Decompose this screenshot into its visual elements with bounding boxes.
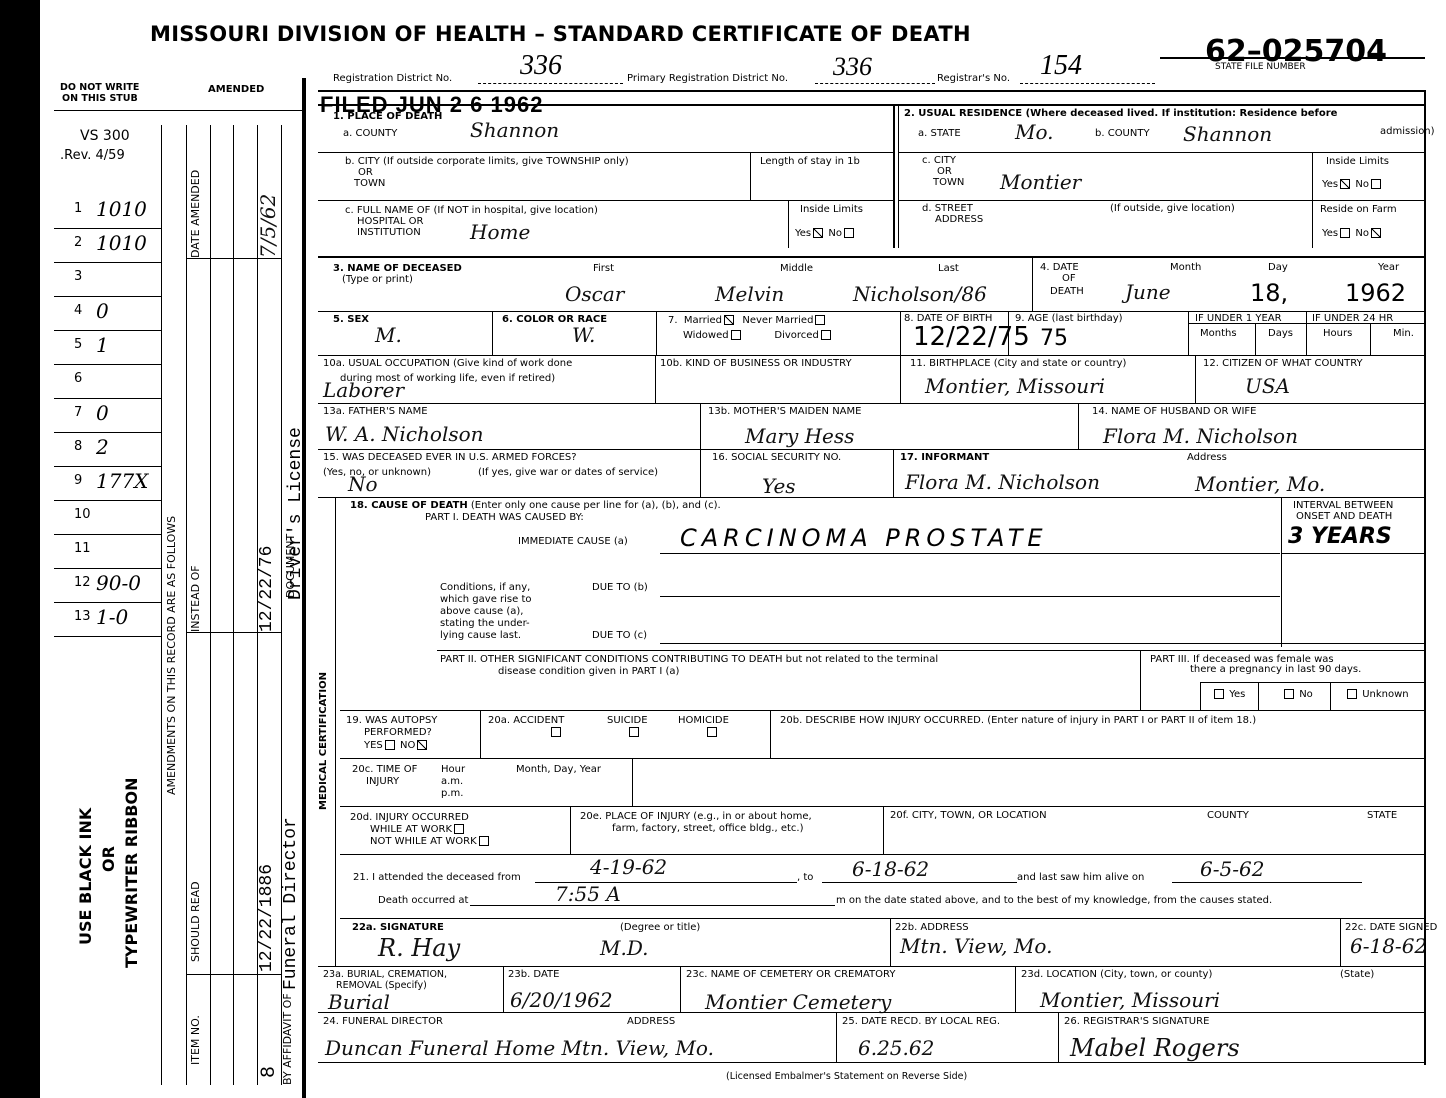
due-to-b-label: DUE TO (b) (592, 582, 648, 593)
signature-label: 22a. SIGNATURE (352, 922, 444, 933)
date-signed: 6-18-62 (1350, 934, 1427, 958)
stub-code-value: 2 (96, 435, 109, 459)
stub-code-number: 7 (74, 405, 82, 420)
street-note: (If outside, give location) (1110, 203, 1235, 214)
last-saw: 6-5-62 (1200, 857, 1264, 881)
stub-on-this-stub: ON THIS STUB (62, 93, 138, 104)
county-value: Shannon (470, 118, 559, 142)
death-occurred-label: Death occurred at (378, 895, 468, 906)
stub-code-number: 10 (74, 507, 91, 522)
pm-label: p.m. (441, 788, 463, 799)
not-while-work-label: NOT WHILE AT WORK (370, 836, 477, 847)
accident-checkbox[interactable] (551, 727, 561, 737)
pregnancy-no: No (1282, 689, 1313, 700)
stub-code-row: 11 (54, 535, 161, 569)
father-value: W. A. Nicholson (325, 422, 484, 446)
date-received: 6.25.62 (858, 1036, 934, 1060)
occupation-label: 10a. USUAL OCCUPATION (Give kind of work… (323, 358, 572, 369)
page-title: MISSOURI DIVISION OF HEALTH – STANDARD C… (150, 22, 971, 46)
should-read-value: 12/22/1886 (257, 864, 277, 972)
conditions-note-line: lying cause last. (440, 630, 532, 642)
never-married-label: Never Married (742, 315, 813, 326)
no-label: No (1355, 179, 1369, 190)
marital-status-2: Widowed Divorced (683, 330, 833, 341)
autopsy-label: 19. WAS AUTOPSY (346, 715, 437, 726)
stub-code-row: 9177X (54, 467, 161, 501)
age-value: 75 (1040, 326, 1068, 351)
physician-address-label: 22b. ADDRESS (895, 922, 969, 933)
county-label: a. COUNTY (343, 128, 397, 139)
stub-code-row: 6 (54, 365, 161, 399)
registrar-no-line (1020, 83, 1155, 84)
ssn-value: Yes (762, 474, 796, 498)
inside-limits-checkboxes: Yes No (795, 228, 856, 239)
residence-city-or: OR (937, 166, 952, 177)
date-received-label: 25. DATE RECD. BY LOCAL REG. (842, 1016, 1000, 1027)
affidavit-value: Funeral Director (281, 817, 301, 990)
age-label: 9. AGE (last birthday) (1015, 313, 1123, 324)
injury-state-label: STATE (1367, 810, 1397, 821)
death-date-of: OF (1062, 273, 1076, 284)
should-read-label: SHOULD READ (190, 881, 201, 962)
day-label: Day (1268, 262, 1288, 273)
death-occurred-suffix: m on the date stated above, and to the b… (836, 895, 1272, 906)
ink-instruction-1: USE BLACK INK (80, 808, 91, 945)
street-label-2: ADDRESS (935, 214, 983, 225)
death-month: June (1125, 280, 1171, 304)
name-sub: (Type or print) (342, 274, 413, 285)
residence-county: Shannon (1183, 122, 1272, 146)
while-work-label: WHILE AT WORK (370, 824, 452, 835)
death-date-death: DEATH (1050, 286, 1084, 297)
days-label: Days (1268, 328, 1293, 339)
middle-name: Melvin (715, 282, 784, 306)
armed-value: No (348, 472, 378, 496)
state-file-label: STATE FILE NUMBER (1215, 62, 1306, 73)
armed-sub-2: (If yes, give war or dates of service) (478, 467, 658, 478)
part-3-cont: there a pregnancy in last 90 days. (1190, 664, 1361, 675)
part-2-label: PART II. OTHER SIGNIFICANT CONDITIONS CO… (440, 654, 938, 665)
injury-county-label: COUNTY (1207, 810, 1249, 821)
middle-label: Middle (780, 263, 813, 274)
conditions-note-line: which gave rise to (440, 594, 532, 606)
due-to-c-field[interactable] (660, 643, 1426, 644)
conditions-note-line: stating the under- (440, 618, 532, 630)
autopsy-label-2: PERFORMED? (364, 727, 432, 738)
city-location-label: 20f. CITY, TOWN, OR LOCATION (890, 810, 1047, 821)
primary-registration-label: Primary Registration District No. (627, 73, 788, 84)
stub-code-value: 1010 (96, 197, 147, 221)
divorced-checkbox[interactable] (821, 330, 831, 340)
homicide-label: HOMICIDE (678, 715, 729, 726)
interval-value: 3 YEARS (1288, 524, 1392, 549)
autopsy-yes-label: YES (364, 740, 383, 751)
while-work-checkbox[interactable] (454, 824, 464, 834)
marital-status: 7. Married Never Married (668, 315, 827, 326)
stub-code-row: 10 (54, 501, 161, 535)
registrar-no-value: 154 (1040, 50, 1082, 82)
ssn-label: 16. SOCIAL SECURITY NO. (712, 452, 841, 463)
not-while-work-checkbox[interactable] (479, 836, 489, 846)
cause-label: 18. CAUSE OF DEATH (350, 500, 468, 511)
race-value: W. (572, 323, 595, 347)
interval-label-2: ONSET AND DEATH (1296, 511, 1392, 522)
hospital-value: Home (470, 220, 530, 244)
residence-inside-limits-label: Inside Limits (1326, 156, 1389, 167)
am-label: a.m. (441, 776, 463, 787)
stub-code-value: 177X (96, 469, 148, 493)
immediate-cause-label: IMMEDIATE CAUSE (a) (518, 536, 628, 547)
place-injury-label-2: farm, factory, street, office bldg., etc… (612, 823, 803, 834)
pregnancy-yes-label: Yes (1229, 689, 1245, 700)
married-label: Married (684, 315, 722, 326)
registration-district-value: 336 (520, 50, 562, 82)
yes-label: Yes (1322, 228, 1338, 239)
mdy-label: Month, Day, Year (516, 764, 601, 775)
part-1-label: PART I. DEATH WAS CAUSED BY: (425, 512, 584, 523)
place-of-death-label: 1. PLACE OF DEATH (333, 111, 442, 122)
affidavit-label: BY AFFIDAVIT OF (282, 993, 293, 1085)
registrar-no-label: Registrar's No. (937, 73, 1010, 84)
form-revision: .Rev. 4/59 (60, 148, 125, 163)
armed-forces-label: 15. WAS DECEASED EVER IN U.S. ARMED FORC… (323, 452, 577, 463)
city-label: b. CITY (If outside corporate limits, gi… (345, 156, 629, 167)
conditions-note: Conditions, if any,which gave rise toabo… (440, 582, 532, 642)
dob-value: 12/22/75 (913, 322, 1030, 352)
death-occurred-time: 7:55 A (555, 882, 621, 906)
last-name: Nicholson/86 (853, 282, 987, 306)
physician-address: Mtn. View, Mo. (900, 934, 1052, 958)
death-day: 18, (1250, 279, 1288, 307)
disposition-label: 23a. BURIAL, CREMATION, (323, 969, 447, 980)
spouse-value: Flora M. Nicholson (1103, 424, 1298, 448)
city-town: TOWN (354, 178, 385, 189)
scan-edge (0, 0, 40, 1098)
citizen-value: USA (1245, 374, 1290, 398)
stub-code-number: 6 (74, 371, 82, 386)
yes-label: Yes (795, 228, 811, 239)
first-label: First (593, 263, 614, 274)
last-saw-label: and last saw him alive on (1017, 872, 1144, 883)
stub-code-number: 4 (74, 303, 82, 318)
cause-note: (Enter only one cause per line for (a), … (471, 500, 721, 511)
pregnancy-yes: Yes (1212, 689, 1245, 700)
cause-header: 18. CAUSE OF DEATH (Enter only one cause… (350, 500, 721, 511)
while-at-work: WHILE AT WORK (370, 824, 466, 835)
farm-no-checkbox[interactable] (1371, 228, 1381, 238)
stub-code-row: 3 (54, 263, 161, 297)
farm-checkboxes: Yes No (1322, 228, 1383, 239)
funeral-address-label: ADDRESS (627, 1016, 675, 1027)
residence-inside-no-checkbox[interactable] (1371, 179, 1381, 189)
stub-code-row: 131-0 (54, 603, 161, 637)
inside-limits-yes-checkbox[interactable] (813, 228, 823, 238)
length-of-stay-label: Length of stay in 1b (760, 156, 860, 167)
hospital-label: c. FULL NAME OF (If NOT in hospital, giv… (345, 205, 598, 216)
form-number: VS 300 (80, 128, 130, 144)
burial-state-label: (State) (1340, 969, 1374, 980)
married-checkbox[interactable] (724, 315, 734, 325)
stub-code-value: 1010 (96, 231, 147, 255)
year-label: Year (1378, 262, 1399, 273)
pregnancy-no-checkbox[interactable] (1284, 689, 1294, 699)
stub-code-number: 12 (74, 575, 91, 590)
date-amended-value: 7/5/62 (256, 194, 280, 258)
widowed-checkbox[interactable] (731, 330, 741, 340)
residence-state: Mo. (1015, 120, 1054, 144)
physician-degree: M.D. (600, 936, 649, 960)
inside-limits-no-checkbox[interactable] (844, 228, 854, 238)
months-label: Months (1200, 328, 1237, 339)
hospital-label-3: INSTITUTION (357, 227, 421, 238)
stub-code-row: 11010 (54, 195, 161, 229)
amendments-label: AMENDMENTS ON THIS RECORD ARE AS FOLLOWS (166, 516, 177, 795)
marital-label: 7. (668, 315, 678, 326)
pregnancy-unknown-label: Unknown (1362, 689, 1408, 700)
ink-instruction-2: OR (103, 846, 114, 872)
part-2-cont: disease condition given in PART I (a) (498, 666, 679, 677)
registrar-signature-label: 26. REGISTRAR'S SIGNATURE (1064, 1016, 1209, 1027)
usual-residence-label: 2. USUAL RESIDENCE (Where deceased lived… (904, 108, 1337, 119)
stub-code-number: 5 (74, 337, 82, 352)
stub-code-row: 82 (54, 433, 161, 467)
date-amended-label: DATE AMENDED (190, 170, 201, 258)
state-label: a. STATE (918, 128, 961, 139)
stub-code-value: 1 (96, 333, 109, 357)
stub-code-number: 8 (74, 439, 82, 454)
no-label: No (1355, 228, 1369, 239)
pregnancy-no-label: No (1299, 689, 1313, 700)
medical-certification-label: MEDICAL CERTIFICATION (318, 672, 329, 810)
residence-city-label: c. CITY (922, 155, 956, 166)
autopsy-yes-checkbox[interactable] (385, 740, 395, 750)
stub-code-list: 110102101034051670829177X10111290-0131-0 (54, 195, 161, 637)
instead-of-value: 12/22/76 (257, 546, 277, 632)
burial-location: Montier, Missouri (1040, 988, 1220, 1012)
immediate-cause: CARCINOMA PROSTATE (680, 524, 1048, 552)
hour-label: Hour (441, 764, 465, 775)
residence-city-town: TOWN (933, 177, 964, 188)
degree-label: (Degree or title) (620, 922, 700, 933)
stub-code-value: 0 (96, 299, 109, 323)
stub-code-number: 2 (74, 235, 82, 250)
item-no-value: 8 (258, 1066, 281, 1078)
stub-code-value: 0 (96, 401, 109, 425)
stub-code-row: 40 (54, 297, 161, 331)
stub-code-value: 90-0 (96, 571, 141, 595)
informant-address-label: Address (1187, 452, 1227, 463)
ink-instruction-3: TYPEWRITER RIBBON (126, 778, 137, 968)
not-while-at-work: NOT WHILE AT WORK (370, 836, 491, 847)
informant-value: Flora M. Nicholson (905, 470, 1100, 494)
instead-of-label: INSTEAD OF (190, 565, 201, 632)
spouse-label: 14. NAME OF HUSBAND OR WIFE (1092, 406, 1256, 417)
name-of-deceased-label: 3. NAME OF DECEASED (333, 263, 462, 274)
stub-code-number: 9 (74, 473, 82, 488)
sex-value: M. (375, 323, 402, 347)
widowed-label: Widowed (683, 330, 729, 341)
first-name: Oscar (565, 282, 624, 306)
mother-label: 13b. MOTHER'S MAIDEN NAME (708, 406, 861, 417)
divorced-label: Divorced (774, 330, 818, 341)
to-label: , to (797, 872, 813, 883)
stub-code-number: 13 (74, 609, 91, 624)
place-injury-label: 20e. PLACE OF INJURY (e.g., in or about … (580, 811, 812, 822)
time-injury-label: 20c. TIME OF (352, 764, 417, 775)
registration-district-label: Registration District No. (333, 73, 452, 84)
yes-label: Yes (1322, 179, 1338, 190)
pregnancy-yes-checkbox[interactable] (1214, 689, 1224, 699)
citizen-label: 12. CITIZEN OF WHAT COUNTRY (1203, 358, 1363, 369)
time-injury-label-2: INJURY (366, 776, 399, 787)
stub-code-row: 51 (54, 331, 161, 365)
funeral-director-value: Duncan Funeral Home Mtn. View, Mo. (325, 1036, 714, 1060)
burial-date-label: 23b. DATE (508, 969, 559, 980)
occupation-value: Laborer (323, 378, 404, 402)
father-label: 13a. FATHER'S NAME (323, 406, 428, 417)
residence-county-label: b. COUNTY (1095, 128, 1150, 139)
birthplace-label: 11. BIRTHPLACE (City and state or countr… (910, 358, 1126, 369)
stub-code-number: 11 (74, 541, 91, 556)
death-year: 1962 (1345, 279, 1406, 307)
no-label: No (828, 228, 842, 239)
autopsy-no-label: NO (400, 740, 415, 751)
stub-code-row: 21010 (54, 229, 161, 263)
birthplace-value: Montier, Missouri (925, 374, 1105, 398)
stub-code-value: 1-0 (96, 605, 128, 629)
homicide-checkbox[interactable] (707, 727, 717, 737)
cemetery-value: Montier Cemetery (705, 990, 891, 1014)
suicide-checkbox[interactable] (629, 727, 639, 737)
attended-to: 6-18-62 (852, 857, 929, 881)
stub-do-not-write: DO NOT WRITE (60, 82, 139, 93)
primary-registration-line (815, 83, 935, 84)
never-married-checkbox[interactable] (815, 315, 825, 325)
due-to-c-label: DUE TO (c) (592, 630, 647, 641)
registration-district-line (478, 83, 623, 84)
residence-inside-limits: Yes No (1322, 179, 1383, 190)
farm-yes-checkbox[interactable] (1340, 228, 1350, 238)
due-to-b-field[interactable] (660, 596, 1280, 597)
embalmer-note: (Licensed Embalmer's Statement on Revers… (726, 1071, 967, 1082)
informant-label: 17. INFORMANT (900, 452, 989, 463)
work-label: 20d. INJURY OCCURRED (350, 812, 469, 823)
document-label: DOCUMENT (285, 534, 296, 598)
autopsy-no-checkbox[interactable] (417, 740, 427, 750)
stub-code-number: 1 (74, 201, 82, 216)
month-label: Month (1170, 262, 1201, 273)
stub-code-number: 3 (74, 269, 82, 284)
industry-label: 10b. KIND OF BUSINESS OR INDUSTRY (660, 358, 852, 369)
suicide-label: SUICIDE (607, 715, 648, 726)
burial-location-label: 23d. LOCATION (City, town, or county) (1021, 969, 1212, 980)
mother-value: Mary Hess (745, 424, 854, 448)
min-label: Min. (1393, 328, 1414, 339)
interval-label-1: INTERVAL BETWEEN (1293, 500, 1393, 511)
residence-inside-yes-checkbox[interactable] (1340, 179, 1350, 189)
stub-code-row: 70 (54, 399, 161, 433)
disposition-value: Burial (328, 990, 390, 1014)
stub-code-row: 1290-0 (54, 569, 161, 603)
item-no-label: ITEM NO. (190, 1015, 201, 1065)
informant-address: Montier, Mo. (1195, 472, 1325, 496)
farm-label: Reside on Farm (1320, 204, 1397, 215)
sex-label: 5. SEX (333, 314, 369, 325)
funeral-director-label: 24. FUNERAL DIRECTOR (323, 1016, 443, 1027)
describe-injury-label: 20b. DESCRIBE HOW INJURY OCCURRED. (Ente… (780, 715, 1256, 726)
accident-label: 20a. ACCIDENT (488, 715, 564, 726)
residence-city: Montier (1000, 170, 1081, 194)
street-label: d. STREET (922, 203, 973, 214)
hospital-label-2: HOSPITAL OR (357, 216, 423, 227)
physician-signature: R. Hay (378, 934, 460, 962)
autopsy-options: YES NO (364, 740, 429, 751)
primary-registration-value: 336 (833, 52, 872, 82)
usual-residence-cont: admission) (1380, 126, 1435, 137)
last-label: Last (938, 263, 959, 274)
attended-label: 21. I attended the deceased from (353, 872, 521, 883)
city-or: OR (358, 167, 373, 178)
inside-limits-label: Inside Limits (800, 204, 863, 215)
pregnancy-unknown-checkbox[interactable] (1347, 689, 1357, 699)
death-date-label: 4. DATE (1040, 262, 1079, 273)
stub-amended: AMENDED (208, 84, 264, 95)
pregnancy-unknown: Unknown (1345, 689, 1409, 700)
cemetery-label: 23c. NAME OF CEMETERY OR CREMATORY (686, 969, 895, 980)
conditions-note-line: Conditions, if any, (440, 582, 532, 594)
attended-from: 4-19-62 (590, 855, 667, 879)
conditions-note-line: above cause (a), (440, 606, 532, 618)
registrar-signature: Mabel Rogers (1070, 1034, 1240, 1062)
burial-date: 6/20/1962 (510, 988, 613, 1012)
hours-label: Hours (1323, 328, 1352, 339)
